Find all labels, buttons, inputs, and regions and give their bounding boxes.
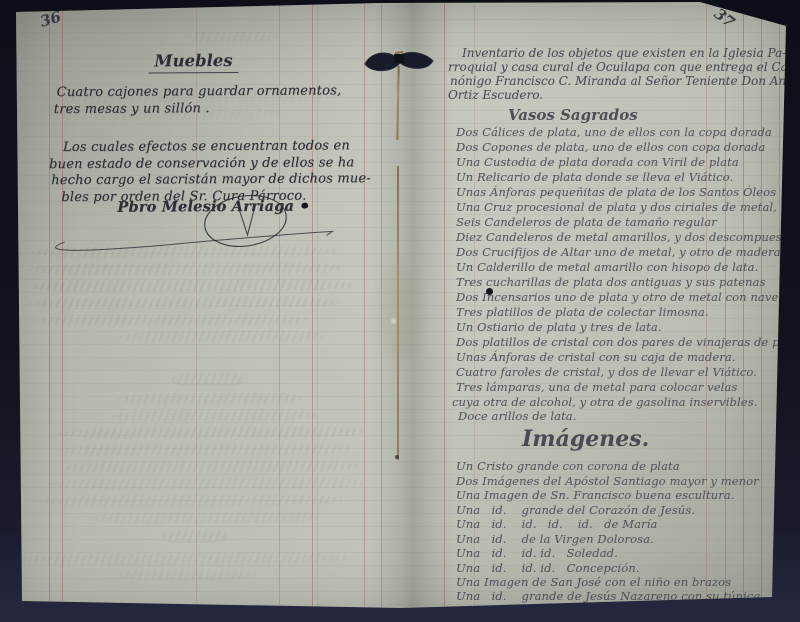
inventory-item: Dos Cálices de plata, uno de ellos con l… [456, 127, 772, 139]
inventory-item: Diez Candeleros de metal amarillos, y do… [456, 232, 800, 244]
inventory-intro-line: nónigo Francisco C. Miranda al Señor Ten… [450, 75, 800, 87]
inventory-item: Dos Crucifijos de Altar uno de metal, y … [456, 247, 784, 259]
inventory-item: Una Custodia de plata dorada con Viril d… [456, 157, 739, 169]
inventory-item: Un Ostiario de plata y tres de lata. [456, 322, 662, 334]
thread-end-knot [395, 455, 399, 459]
inventory-item: Tres cucharillas de plata dos antiguas y… [456, 277, 766, 289]
inventory-item: Una Imagen de Sn. Francisco buena escult… [456, 490, 735, 502]
inventory-intro-line: Inventario de los objetos que existen en… [462, 47, 786, 59]
inventory-intro-line: Ortiz Escudero. [448, 89, 543, 101]
inventory-item: Cuatro faroles de cristal, y dos de llev… [456, 367, 757, 379]
inventory-item: Un Calderillo de metal amarillo con hiso… [456, 262, 758, 274]
inventory-item: Una id. grande del Corazón de Jesús. [456, 505, 695, 517]
inventory-item: Una id. id. id. Soledad. [456, 548, 618, 560]
paper-flaw-speck [391, 318, 396, 324]
inventory-item: Un Cristo grande con corona de plata [456, 461, 680, 473]
inventory-item: Una Imagen de San José con el niño en br… [456, 577, 731, 589]
binding-ribbon-bow [362, 44, 438, 80]
inventory-item: Tres platillos de plata de colectar limo… [456, 307, 709, 319]
inventory-item: Unas Ánforas pequeñitas de plata de los … [456, 187, 776, 199]
inventory-item: Una id. grande de Jesús Nazareno con su … [456, 591, 760, 603]
inventory-item: Dos Imágenes del Apóstol Santiago mayor … [456, 476, 759, 488]
inventory-item: Una Cruz procesional de plata y dos ciri… [456, 202, 777, 214]
inventory-item: Dos platillos de cristal con dos pares d… [456, 337, 800, 349]
gutter-stain [380, 265, 418, 360]
section-heading-vasos-sagrados: Vasos Sagrados [508, 106, 638, 124]
section-heading-imagenes: Imágenes. [522, 426, 649, 452]
page-number-37: 37 [711, 5, 739, 32]
inventory-item: Una id. id. id. Concepción. [456, 563, 640, 575]
inventory-item: Dos Incensarios uno de plata y otro de m… [456, 292, 794, 304]
ink-blot [486, 288, 493, 295]
scanned-manuscript-photo: 36 Muebles Cuatro cajones para [0, 0, 800, 622]
inventory-item: Doce arillos de lata. [458, 411, 577, 423]
inventory-item: cuya otra de alcohol, y otra de gasolina… [452, 397, 757, 409]
inventory-intro-line: rroquial y casa cural de Ocuilapa con qu… [448, 61, 792, 73]
inventory-item: Tres lámparas, una de metal para colocar… [456, 382, 737, 394]
inventory-item: Una id. id. id. id. de María [456, 519, 657, 531]
inventory-item: Una id. de la Virgen Dolorosa. [456, 534, 654, 546]
inventory-item: Dos Copones de plata, uno de ellos con c… [456, 142, 765, 154]
inventory-item: Unas Ánforas de cristal con su caja de m… [456, 352, 736, 364]
inventory-item: Seis Candeleros de plata de tamaño regul… [456, 217, 717, 229]
open-book-paper: 36 Muebles Cuatro cajones para [0, 0, 800, 622]
inventory-item: Un Relicario de plata donde se lleva el … [456, 172, 733, 184]
